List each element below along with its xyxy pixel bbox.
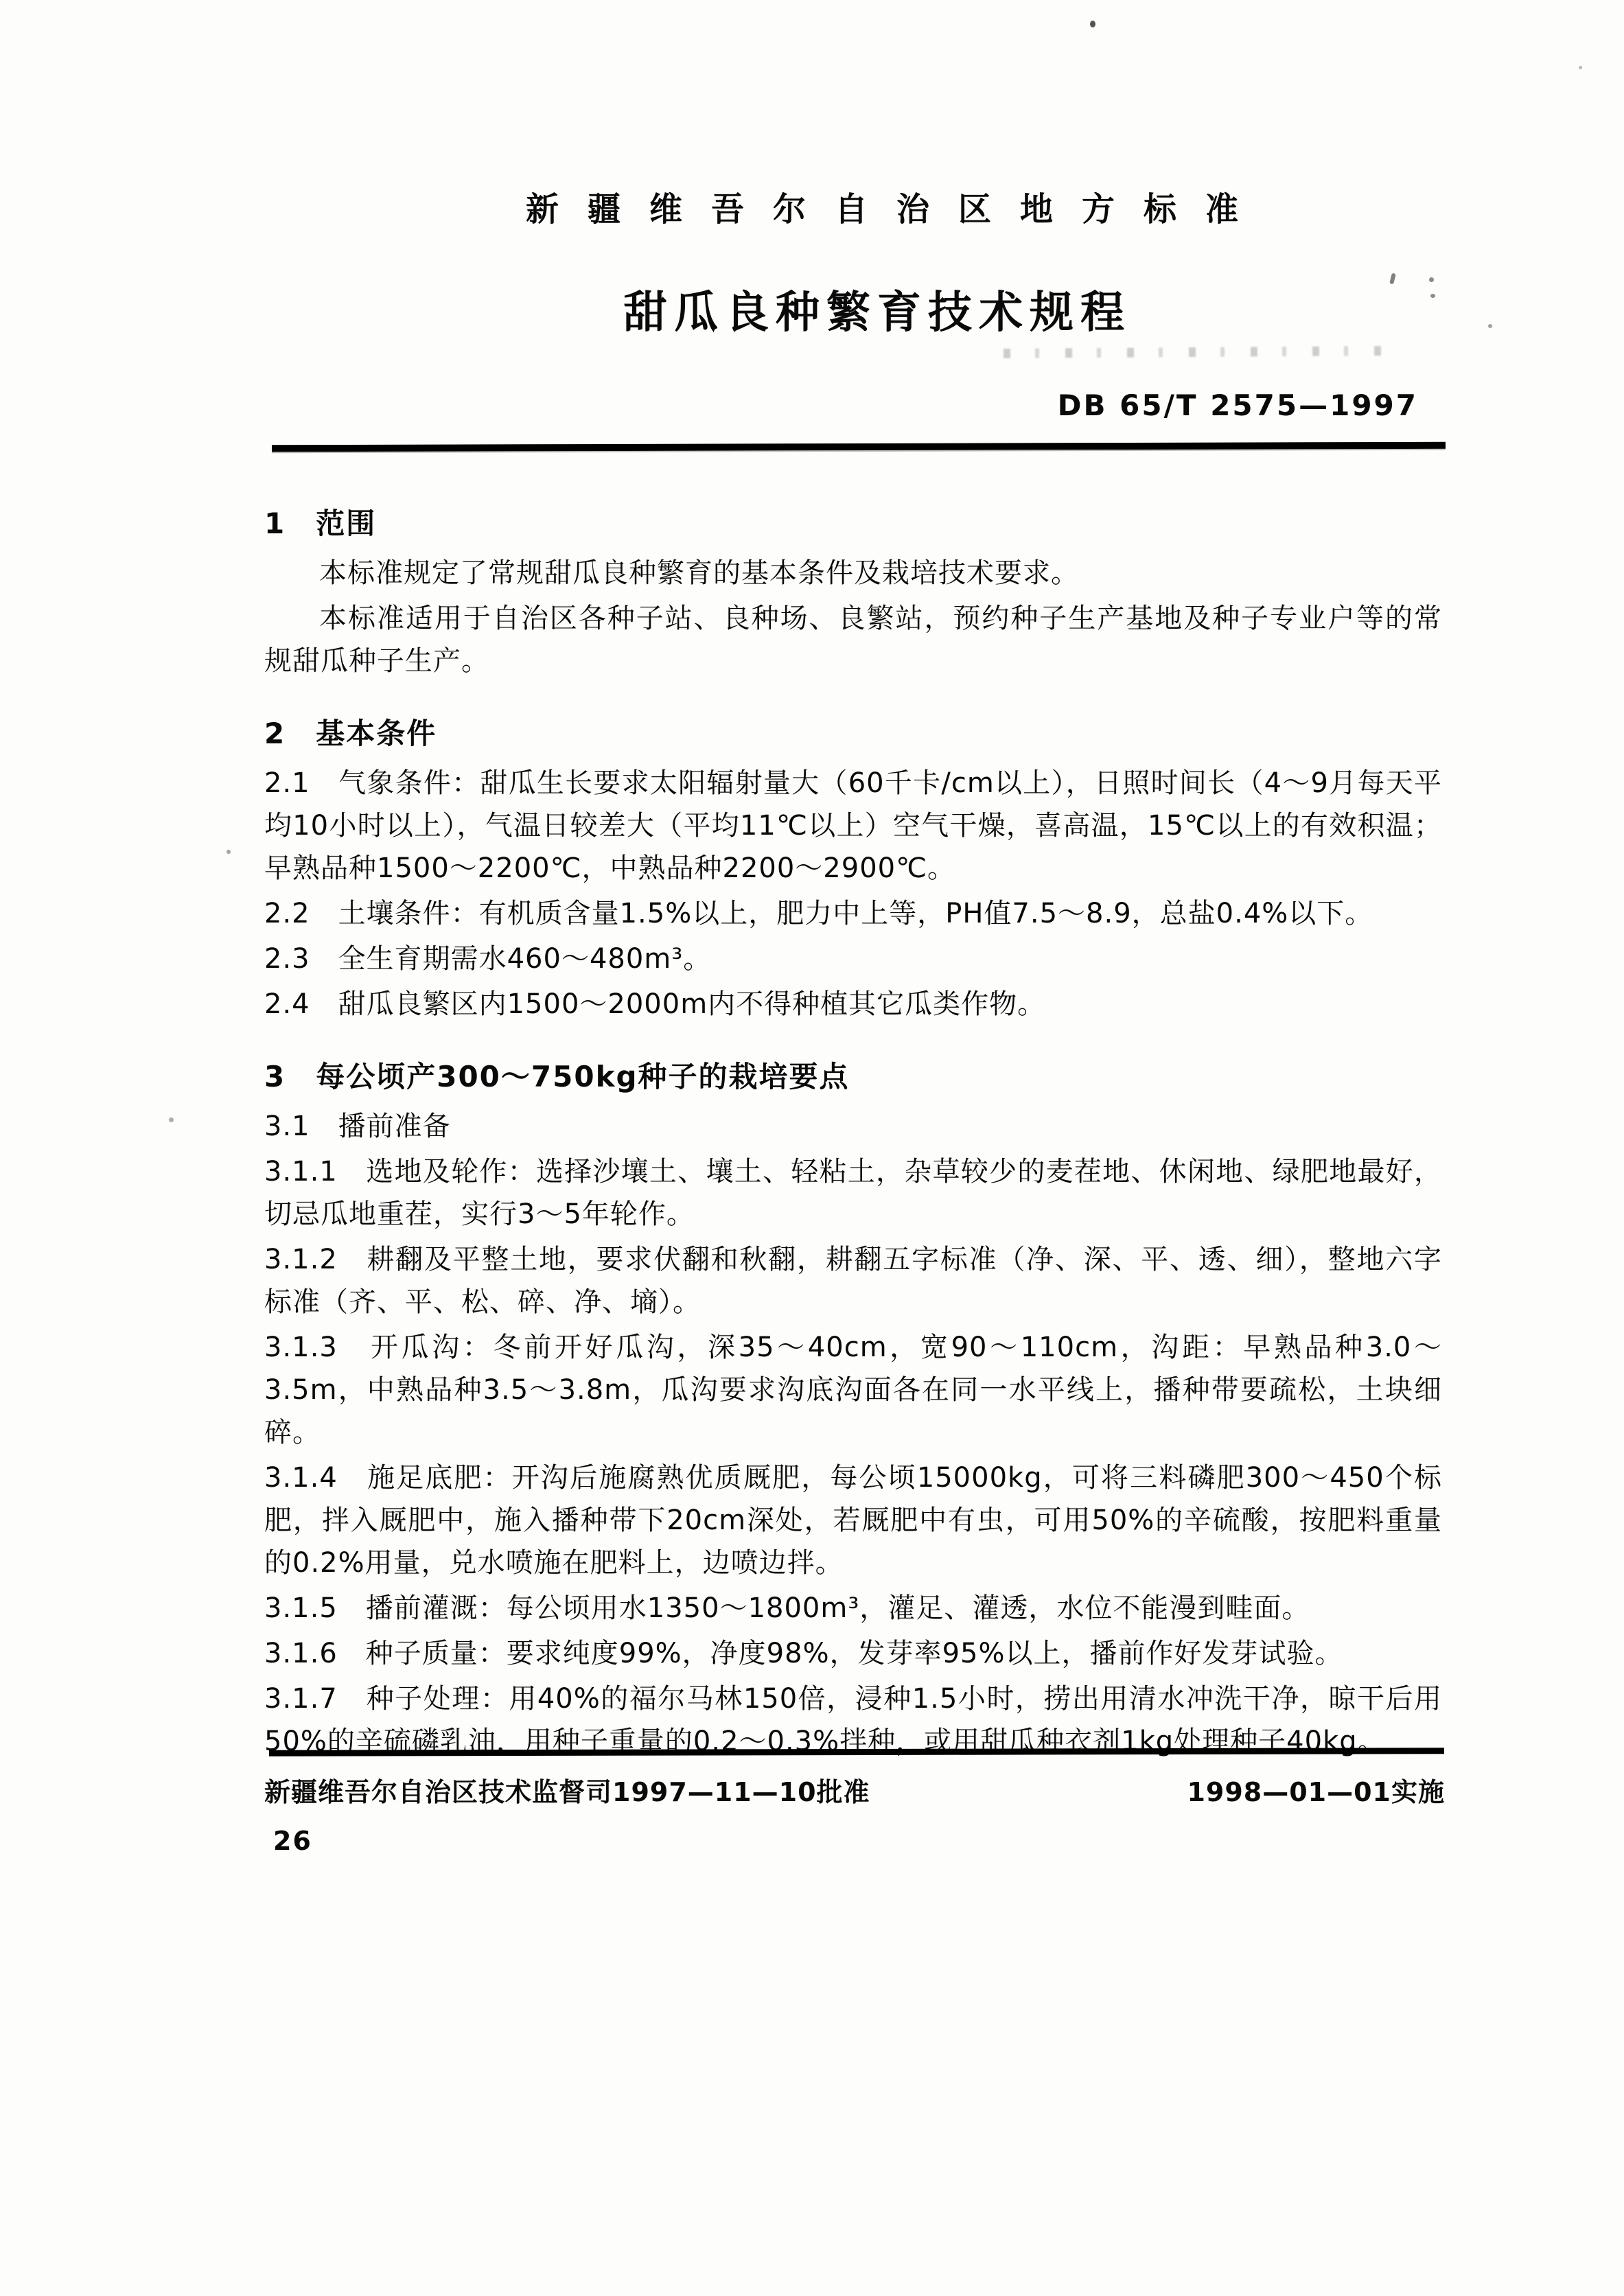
section-heading-basic-conditions: 2 基本条件 [264, 712, 1442, 755]
paragraph-3-1-3: 3.1.3 开瓜沟：冬前开好瓜沟，深35～40cm，宽90～110cm，沟距：早… [264, 1326, 1442, 1454]
document-title: 甜瓜良种繁育技术规程 [623, 277, 1131, 340]
standard-number: DB 65/T 2575—1997 [1058, 389, 1418, 422]
paragraph-2-4: 2.4 甜瓜良繁区内1500～2000m内不得种植其它瓜类作物。 [264, 983, 1442, 1025]
page-number: 26 [273, 1826, 312, 1856]
section-heading-scope: 1 范围 [264, 502, 1442, 545]
scan-artifact-dot [1488, 324, 1492, 328]
scan-artifact-dot [1389, 273, 1396, 285]
paragraph-2-1: 2.1 气象条件：甜瓜生长要求太阳辐射量大（60千卡/cm以上），日照时间长（4… [264, 762, 1442, 890]
scan-artifact-dot [1090, 21, 1095, 27]
paragraph-2-3: 2.3 全生育期需水460～480m³。 [264, 938, 1442, 980]
paragraph-3-1-2: 3.1.2 耕翻及平整土地，要求伏翻和秋翻，耕翻五字标准（净、深、平、透、细），… [264, 1238, 1442, 1323]
paragraph-scope-1: 本标准规定了常规甜瓜良种繁育的基本条件及栽培技术要求。 [264, 552, 1442, 594]
paragraph-3-1-4: 3.1.4 施足底肥：开沟后施腐熟优质厩肥，每公顷15000kg，可将三料磷肥3… [264, 1457, 1442, 1584]
footer: 新疆维吾尔自治区技术监督司1997—11—10批准 1998—01—01实施 [264, 1771, 1445, 1809]
scan-artifact-dot [1579, 66, 1582, 69]
scan-artifact-dot [227, 850, 231, 854]
paragraph-3-1-6: 3.1.6 种子质量：要求纯度99%，净度98%，发芽率95%以上，播前作好发芽… [264, 1632, 1442, 1675]
header-divider-rule [272, 442, 1446, 452]
scan-artifact-smudge [1004, 346, 1388, 358]
document-body: 1 范围 本标准规定了常规甜瓜良种繁育的基本条件及栽培技术要求。 本标准适用于自… [264, 502, 1442, 1765]
document-page: 新疆维吾尔自治区地方标准 甜瓜良种繁育技术规程 DB 65/T 2575—199… [0, 0, 1624, 2296]
standard-category-label: 新疆维吾尔自治区地方标准 [526, 183, 1267, 230]
paragraph-2-2: 2.2 土壤条件：有机质含量1.5%以上，肥力中上等，PH值7.5～8.9，总盐… [264, 892, 1442, 935]
paragraph-scope-2: 本标准适用于自治区各种子站、良种场、良繁站，预约种子生产基地及种子专业户等的常规… [264, 597, 1442, 682]
paragraph-3-1-5: 3.1.5 播前灌溉：每公顷用水1350～1800m³，灌足、灌透，水位不能漫到… [264, 1587, 1442, 1630]
paragraph-3-1: 3.1 播前准备 [264, 1105, 1442, 1148]
scan-artifact-dot [169, 1117, 174, 1122]
approval-note: 新疆维吾尔自治区技术监督司1997—11—10批准 [264, 1771, 870, 1809]
section-heading-cultivation-points: 3 每公顷产300～750kg种子的栽培要点 [264, 1056, 1442, 1098]
scan-artifact-dot [1430, 294, 1435, 298]
implementation-note: 1998—01—01实施 [1187, 1771, 1445, 1809]
paragraph-3-1-1: 3.1.1 选地及轮作：选择沙壤土、壤土、轻粘土，杂草较少的麦茬地、休闲地、绿肥… [264, 1150, 1442, 1236]
scan-artifact-dot [1429, 277, 1434, 282]
